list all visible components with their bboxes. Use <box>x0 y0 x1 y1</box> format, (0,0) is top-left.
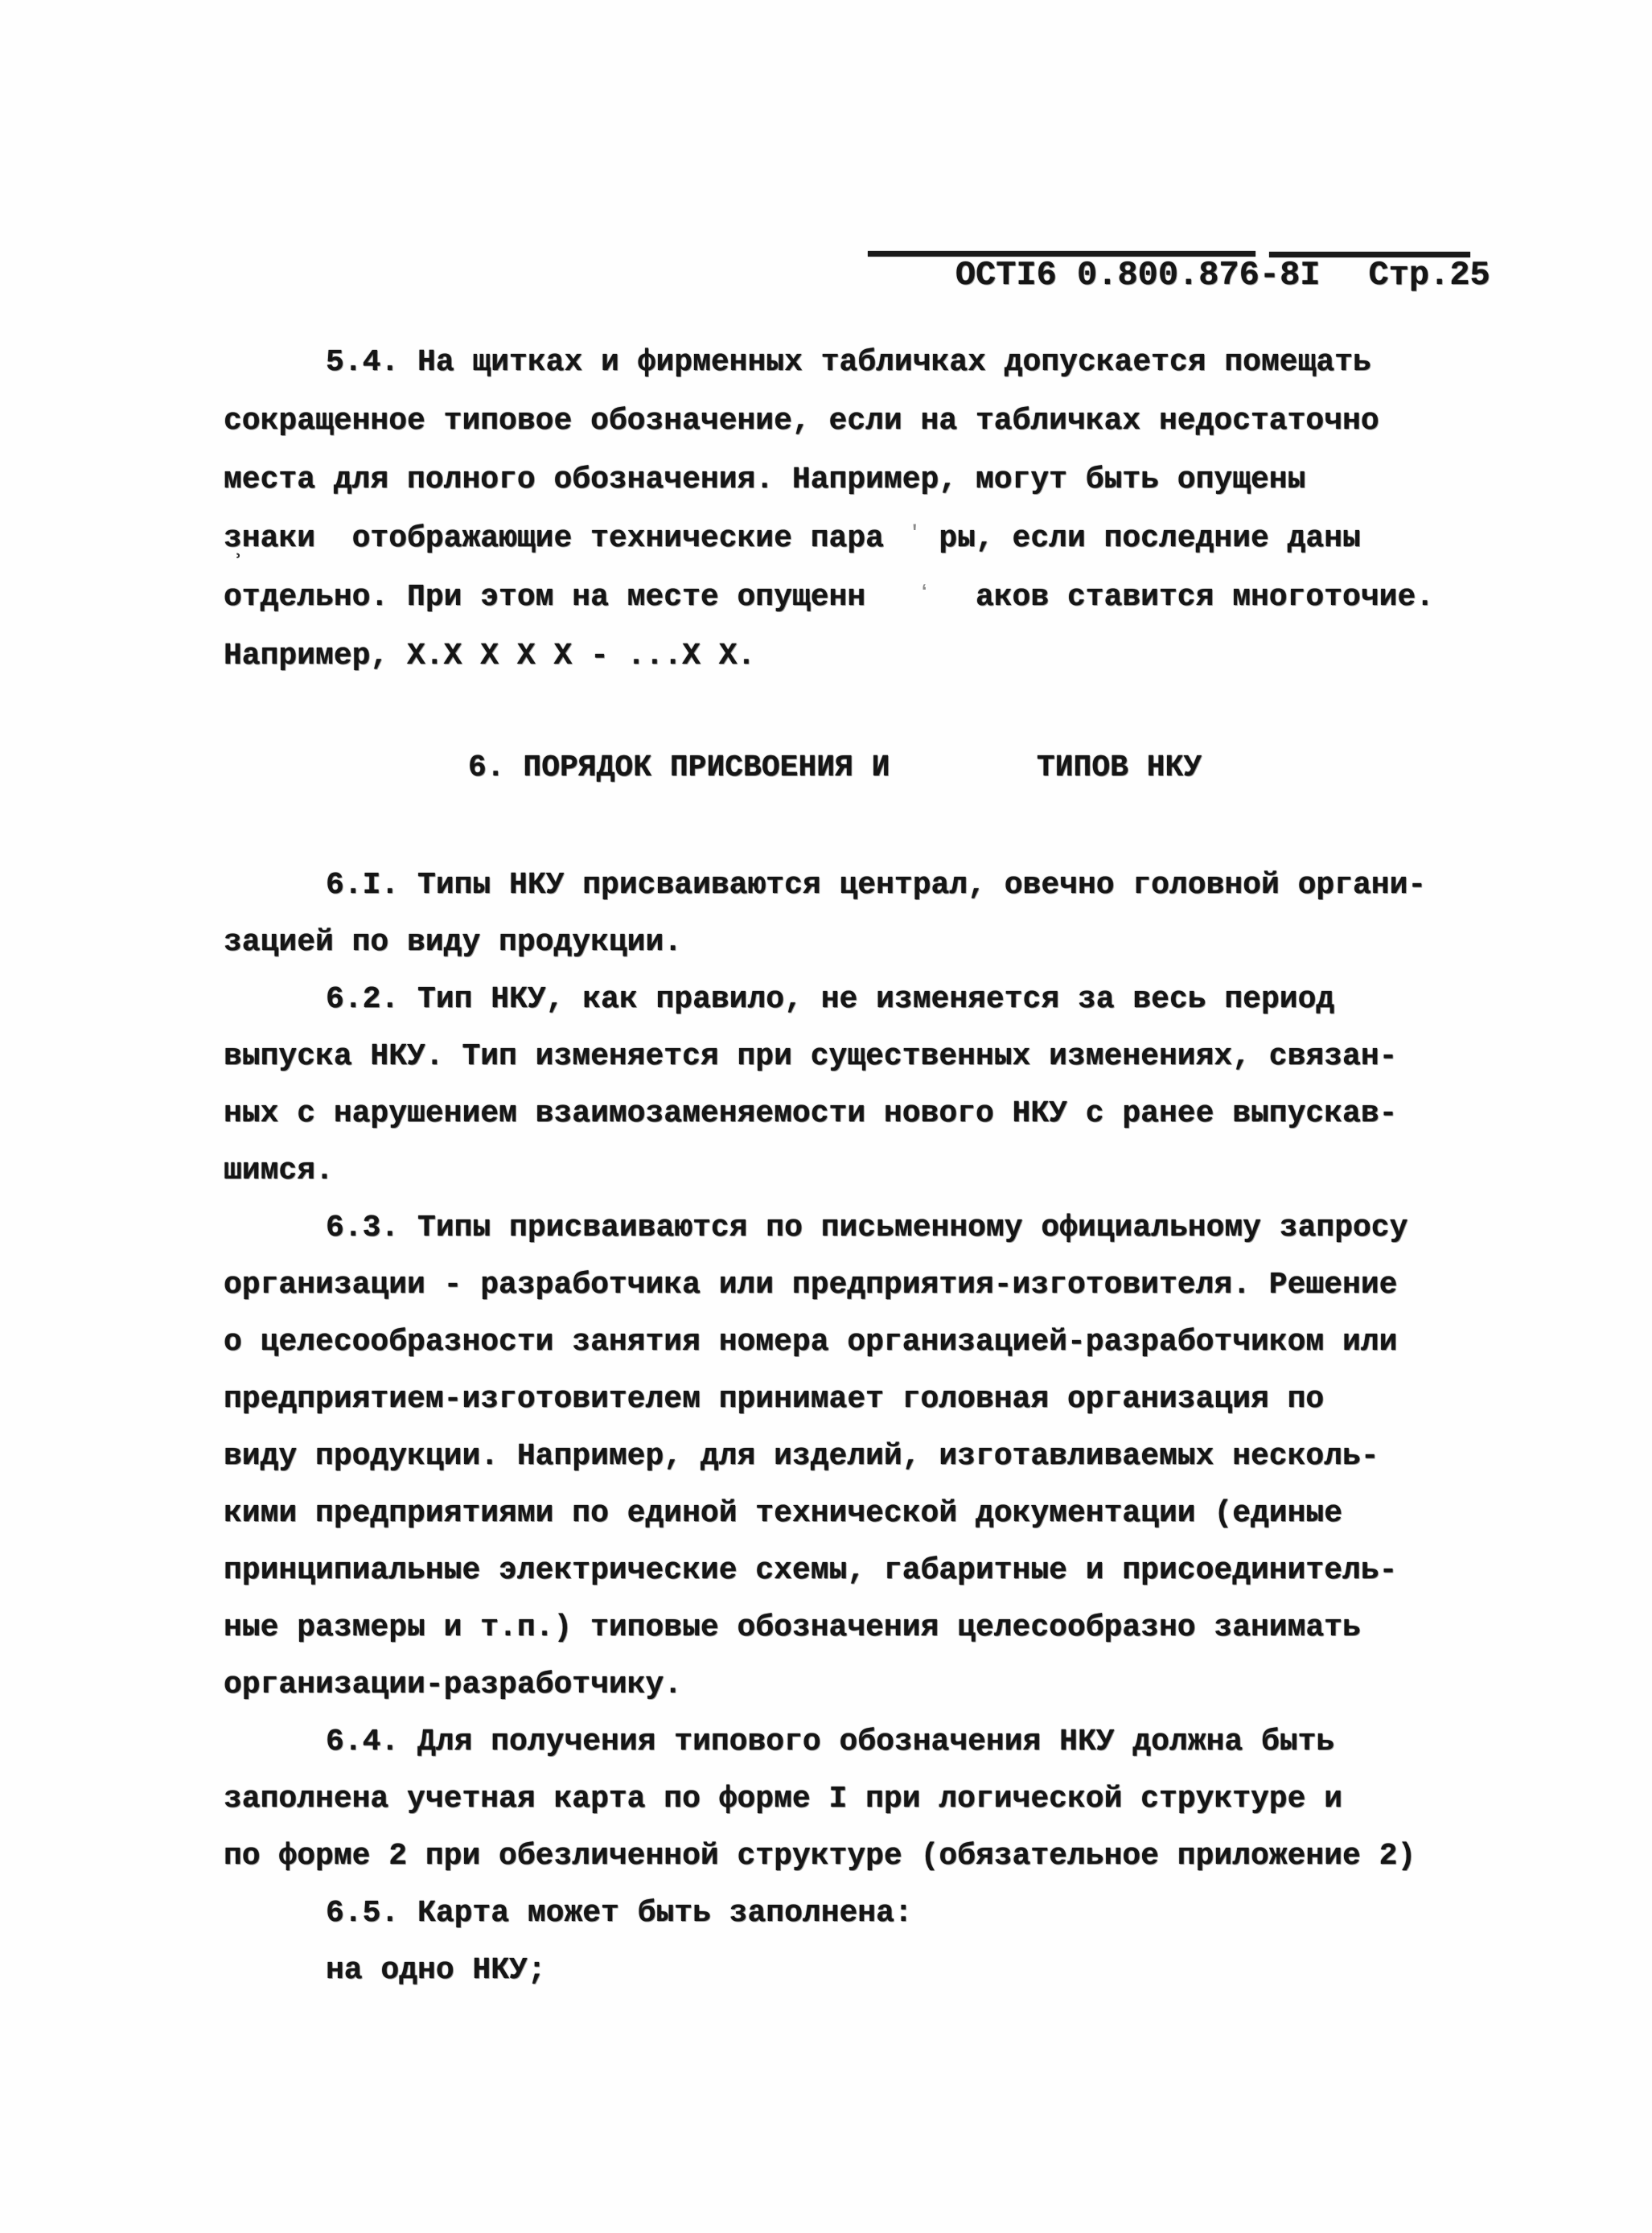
text-line: по форме 2 при обезличенной структуре (о… <box>224 1828 1426 1885</box>
document-page: ОСТI6 0.800.876-8IСтр.25 5.4. На щитках … <box>0 0 1652 2233</box>
text-line: о целесообразности занятия номера органи… <box>224 1314 1426 1371</box>
text-line: знаки отображающие технические пара ры, … <box>224 509 1434 568</box>
text-line: зацией по виду продукции. <box>224 914 1426 971</box>
text-line: 6.4. Для получения типового обозначения … <box>224 1713 1426 1770</box>
page-header: ОСТI6 0.800.876-8IСтр.25 <box>874 220 1490 331</box>
text-line: 6.5. Карта может быть заполнена: <box>224 1885 1426 1942</box>
text-line: кими предприятиями по единой технической… <box>224 1485 1426 1542</box>
text-line: ных с нарушением взаимозаменяемости ново… <box>224 1085 1426 1142</box>
text-line: шимся. <box>224 1142 1426 1199</box>
text-line: места для полного обозначения. Например,… <box>224 450 1434 509</box>
text-line: отдельно. При этом на месте опущенн аков… <box>224 568 1434 627</box>
section-6-body: 6.I. Типы НКУ присваиваются централ, ове… <box>224 857 1426 1999</box>
text-line: 6.3. Типы присваиваются по письменному о… <box>224 1199 1426 1256</box>
text-line: организации - разработчика или предприят… <box>224 1256 1426 1314</box>
text-line: на одно НКУ; <box>224 1942 1426 1999</box>
text-line: 6.2. Тип НКУ, как правило, не изменяется… <box>224 971 1426 1028</box>
page-number: Стр.25 <box>1369 256 1490 294</box>
scan-artifact-mark: ʻ <box>918 582 930 604</box>
header-underline-right <box>1269 252 1470 257</box>
header-underline-left <box>868 251 1255 257</box>
text-line: 5.4. На щитках и фирменных табличках доп… <box>224 333 1434 392</box>
scan-artifact-mark: ʾ <box>230 552 246 582</box>
text-line: предприятием-изготовителем принимает гол… <box>224 1371 1426 1428</box>
text-line: организации-разработчику. <box>224 1656 1426 1713</box>
text-line: 6.I. Типы НКУ присваиваются централ, ове… <box>224 857 1426 914</box>
text-line: выпуска НКУ. Тип изменяется при существе… <box>224 1028 1426 1085</box>
paragraph-5-4: 5.4. На щитках и фирменных табличках доп… <box>224 333 1434 685</box>
text-line: Например, Х.Х Х Х Х - ...Х Х. <box>224 627 1434 685</box>
standard-number: ОСТI6 0.800.876-8I <box>955 256 1321 294</box>
text-line: принципиальные электрические схемы, габа… <box>224 1542 1426 1599</box>
text-line: сокращенное типовое обозначение, если на… <box>224 392 1434 450</box>
text-line: ные размеры и т.п.) типовые обозначения … <box>224 1599 1426 1656</box>
scan-artifact-mark: ʹ <box>909 523 920 545</box>
text-line: виду продукции. Например, для изделий, и… <box>224 1428 1426 1485</box>
text-line: заполнена учетная карта по форме I при л… <box>224 1770 1426 1828</box>
section-6-heading: 6. ПОРЯДОК ПРИСВОЕНИЯ И ТИПОВ НКУ <box>468 738 1202 797</box>
